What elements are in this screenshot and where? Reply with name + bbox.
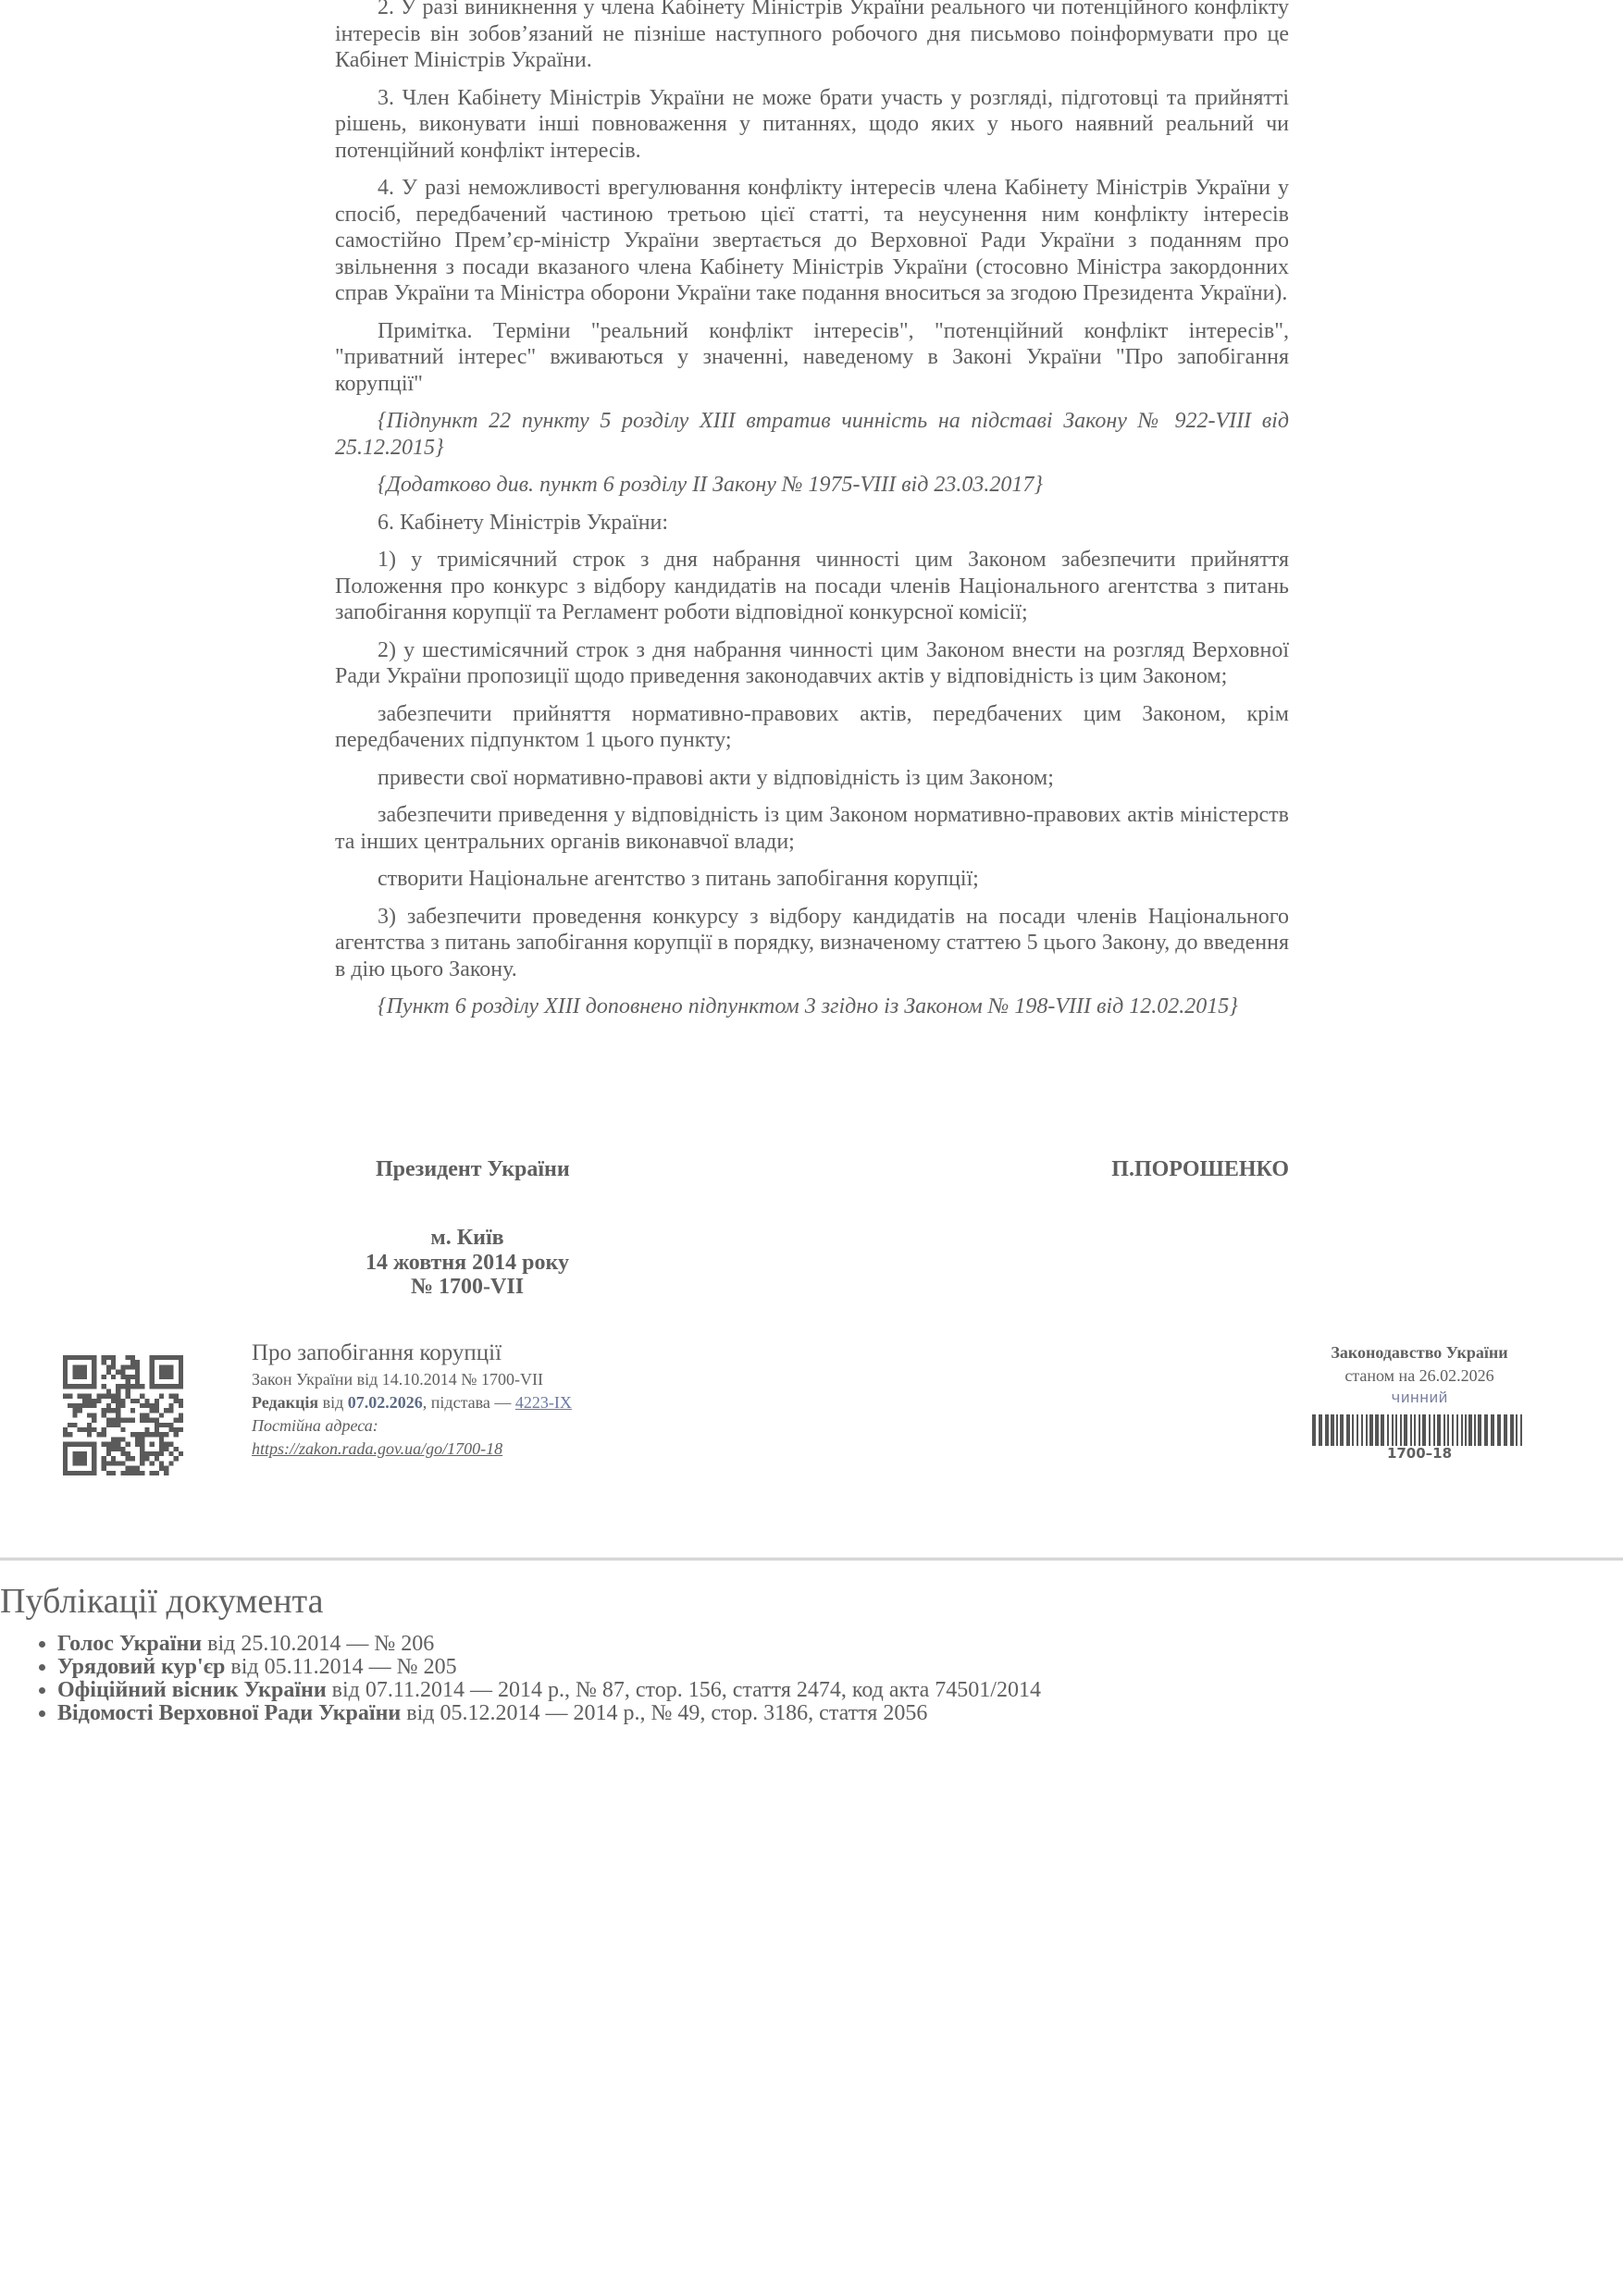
edition-label: Редакція: [252, 1393, 318, 1412]
editorial-note: {Додатково див. пункт 6 розділу II Закон…: [335, 472, 1289, 499]
edition-line: Редакція від 07.02.2026, підстава — 4223…: [252, 1391, 572, 1414]
status-badge: чинний: [1310, 1388, 1529, 1411]
publication-source: Голос України: [57, 1632, 202, 1656]
paragraph: 1) у тримісячний строк з дня набрання чи…: [335, 547, 1289, 626]
publications-title: Публікації документа: [0, 1580, 324, 1623]
publication-source: Офіційний вісник України: [57, 1678, 327, 1702]
list-item: Урядовий кур'єр від 05.11.2014 — № 205: [57, 1656, 1041, 1679]
publication-details: від 25.10.2014 — № 206: [202, 1632, 434, 1656]
paragraph: 2) у шестимісячний строк з дня набрання …: [335, 637, 1289, 690]
signatory-name: П.ПОРОШЕНКО: [1111, 1156, 1289, 1182]
list-item: Голос України від 25.10.2014 — № 206: [57, 1633, 1041, 1656]
list-item: Офіційний вісник України від 07.11.2014 …: [57, 1679, 1041, 1702]
publication-details: від 05.12.2014 — 2014 р., № 49, стор. 31…: [401, 1701, 927, 1725]
barcode-icon: [1312, 1414, 1527, 1446]
basis-link[interactable]: 4223-IX: [515, 1393, 572, 1412]
publication-source: Відомості Верховної Ради України: [57, 1701, 401, 1725]
document-info: Про запобігання корупції Закон України в…: [252, 1339, 572, 1461]
paragraph: 6. Кабінету Міністрів України:: [335, 510, 1289, 537]
section-divider: [0, 1557, 1623, 1561]
paragraph: забезпечити приведення у відповідність і…: [335, 802, 1289, 855]
list-item: Відомості Верховної Ради України від 05.…: [57, 1702, 1041, 1725]
publication-source: Урядовий кур'єр: [57, 1655, 225, 1679]
editorial-note: {Пункт 6 розділу XIII доповнено підпункт…: [335, 994, 1289, 1020]
document-title: Про запобігання корупції: [252, 1339, 572, 1368]
barcode-code: 1700–18: [1310, 1446, 1529, 1461]
paragraph: привести свої нормативно-правові акти у …: [335, 765, 1289, 792]
qr-code-icon: [63, 1355, 183, 1475]
basis-text: , підстава —: [423, 1393, 515, 1412]
legislation-status: Законодавство України станом на 26.02.20…: [1310, 1341, 1529, 1461]
paragraph: 3. Член Кабінету Міністрів України не мо…: [335, 85, 1289, 165]
signatory-role: Президент України: [376, 1156, 570, 1182]
publication-details: від 05.11.2014 — № 205: [225, 1655, 456, 1679]
publications-list: Голос України від 25.10.2014 — № 206 Уря…: [0, 1633, 1041, 1725]
paragraph: Примітка. Терміни "реальний конфлікт інт…: [335, 318, 1289, 398]
document-body: 2. У разі виникнення у члена Кабінету Мі…: [335, 0, 1289, 1031]
editorial-note: {Підпункт 22 пункту 5 розділу XIII втрат…: [335, 408, 1289, 461]
permanent-address-label: Постійна адреса:: [252, 1414, 572, 1438]
place-date-block: м. Київ 14 жовтня 2014 року № 1700-VII: [335, 1226, 600, 1300]
city: м. Київ: [335, 1226, 600, 1251]
paragraph: забезпечити прийняття нормативно-правови…: [335, 701, 1289, 754]
signing-date: 14 жовтня 2014 року: [335, 1251, 600, 1276]
law-line: Закон України від 14.10.2014 № 1700-VII: [252, 1368, 572, 1391]
permanent-address-link[interactable]: https://zakon.rada.gov.ua/go/1700-18: [252, 1439, 502, 1458]
status-date: станом на 26.02.2026: [1310, 1364, 1529, 1388]
paragraph: 3) забезпечити проведення конкурсу з від…: [335, 904, 1289, 983]
edition-date: 07.02.2026: [348, 1393, 423, 1412]
paragraph: 4. У разі неможливості врегулювання конф…: [335, 175, 1289, 307]
status-title: Законодавство України: [1310, 1341, 1529, 1364]
edition-from: від: [318, 1393, 348, 1412]
paragraph: створити Національне агентство з питань …: [335, 866, 1289, 893]
paragraph: 2. У разі виникнення у члена Кабінету Мі…: [335, 0, 1289, 74]
law-number: № 1700-VII: [335, 1275, 600, 1300]
publication-details: від 07.11.2014 — 2014 р., № 87, стор. 15…: [327, 1678, 1041, 1702]
